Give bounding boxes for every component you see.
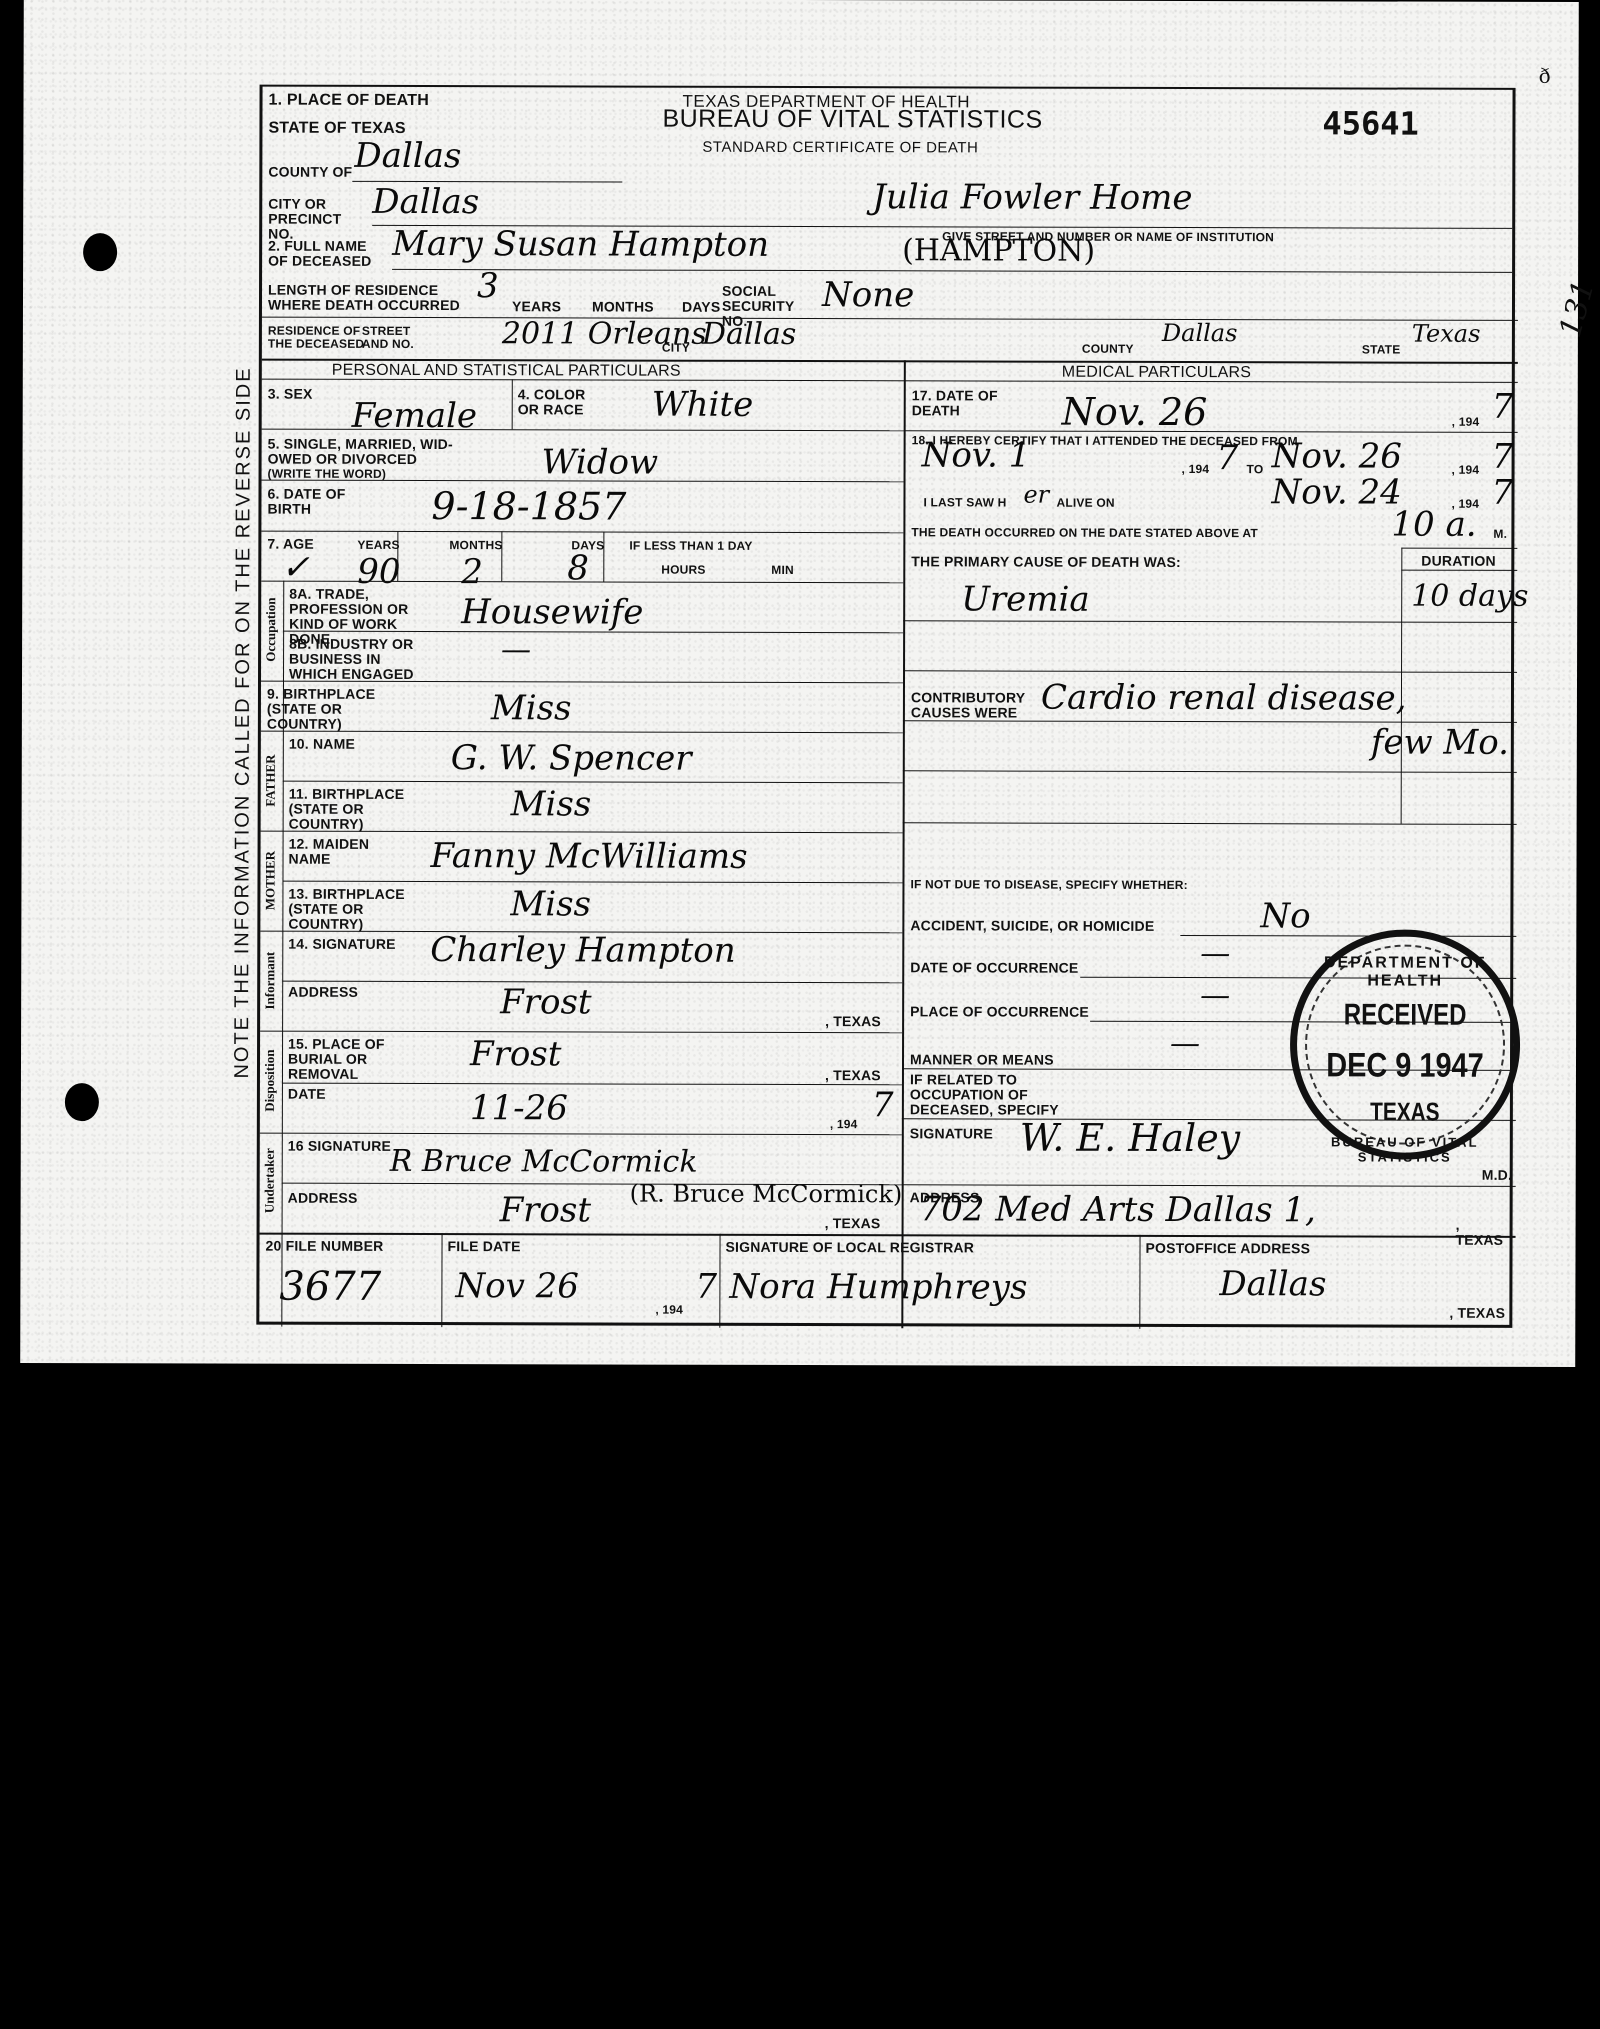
registrar-signature-value: Nora Humphreys <box>729 1270 1027 1305</box>
stamp-bottom-arc: BUREAU OF VITAL STATISTICS <box>1297 1134 1513 1165</box>
contributory-duration-value: few Mo. <box>1371 725 1509 759</box>
dob-label: 6. DATE OF BIRTH <box>267 487 347 517</box>
county-label: COUNTY OF <box>268 165 352 180</box>
burial-year-digit: 7 <box>872 1088 894 1122</box>
age-years-label: YEARS <box>357 539 399 552</box>
informant-group-label: Informant <box>262 931 278 1031</box>
city-value: Dallas <box>372 185 479 219</box>
less-day-label: IF LESS THAN 1 DAY <box>629 540 752 553</box>
race-label: 4. COLOR OR RACE <box>518 387 588 417</box>
death-certificate-form: 1. PLACE OF DEATH STATE OF TEXAS TEXAS D… <box>256 85 1515 1328</box>
to-label: TO <box>1247 463 1264 476</box>
age-years-value: 90 <box>357 555 400 589</box>
header-form-title: STANDARD CERTIFICATE OF DEATH <box>702 140 978 156</box>
alive-on-label: ALIVE ON <box>1056 497 1114 510</box>
county-value: Dallas <box>354 139 461 173</box>
burial-texas-label: , TEXAS <box>825 1068 881 1083</box>
father-group-label: FATHER <box>263 731 279 831</box>
received-stamp: DEPARTMENT OF HEALTH RECEIVED DEC 9 1947… <box>1290 929 1521 1160</box>
reverse-side-note: NOTE THE INFORMATION CALLED FOR ON THE R… <box>231 319 256 1079</box>
residence-years-value: 3 <box>477 269 499 303</box>
name-clarification: (HAMPTON) <box>902 236 1095 267</box>
undertaker-address-label: ADDRESS <box>288 1191 358 1206</box>
age-days-value: 8 <box>567 551 589 585</box>
undertaker-address-value: Frost <box>500 1193 592 1227</box>
death-year-prefix: , 194 <box>1452 416 1480 429</box>
primary-duration-value: 10 days <box>1411 582 1528 612</box>
corner-mark: ð <box>1539 64 1551 88</box>
age-months-label: MONTHS <box>449 539 502 552</box>
stamp-date: DEC 9 1947 <box>1313 1046 1497 1085</box>
dob-value: 9-18-1857 <box>431 487 626 526</box>
last-saw-year: 7 <box>1491 476 1513 510</box>
industry-value: — <box>501 635 531 665</box>
informant-texas-label: , TEXAS <box>825 1014 881 1029</box>
industry-label: 8B. INDUSTRY OR BUSINESS IN WHICH ENGAGE… <box>289 637 429 682</box>
margin-note: 131 <box>1553 277 1600 341</box>
months-label: MONTHS <box>592 299 654 314</box>
burial-date-value: 11-26 <box>470 1091 568 1125</box>
father-name-label: 10. NAME <box>289 737 355 752</box>
occupation-group-label: Occupation <box>263 581 279 679</box>
certificate-number: 45641 <box>1322 104 1418 142</box>
contributory-cause-value: Cardio renal disease, <box>1041 681 1407 716</box>
undertaker-printed-name: (R. Bruce McCormick) <box>630 1182 903 1207</box>
residence-length-label: LENGTH OF RESIDENCE WHERE DEATH OCCURRED <box>268 283 468 314</box>
file-date-label: FILE DATE <box>448 1239 521 1254</box>
last-saw-date-value: Nov. 24 <box>1271 475 1401 509</box>
punch-hole <box>83 233 117 271</box>
attended-to-value: Nov. 26 <box>1272 439 1402 473</box>
race-value: White <box>652 388 754 422</box>
stamp-received: RECEIVED <box>1319 998 1492 1032</box>
occupation-related-label: IF RELATED TO OCCUPATION OF DECEASED, SP… <box>910 1072 1110 1118</box>
manner-value: — <box>1170 1029 1200 1059</box>
birthplace-value: Miss <box>491 691 572 725</box>
postoffice-label: POSTOFFICE ADDRESS <box>1146 1241 1311 1256</box>
burial-year-prefix: , 194 <box>830 1118 858 1131</box>
full-name-label: 2. FULL NAME OF DECEASED <box>268 239 388 269</box>
undertaker-group-label: Undertaker <box>262 1131 278 1231</box>
file-year-prefix: , 194 <box>655 1304 683 1317</box>
full-name-value: Mary Susan Hampton <box>392 227 769 262</box>
physician-address-value: 702 Med Arts Dallas 1, <box>920 1192 1316 1227</box>
birthplace-label: 9. BIRTHPLACE (STATE OR COUNTRY) <box>267 687 397 732</box>
father-name-value: G. W. Spencer <box>451 741 692 776</box>
hours-label: HOURS <box>661 564 705 577</box>
days-label: DAYS <box>682 300 720 315</box>
min-label: MIN <box>771 564 794 577</box>
not-disease-label: IF NOT DUE TO DISEASE, SPECIFY WHETHER: <box>910 878 1187 892</box>
death-date-label: 17. DATE OF DEATH <box>912 388 1012 418</box>
death-date-value: Nov. 26 <box>1062 393 1208 431</box>
burial-place-value: Frost <box>470 1037 562 1071</box>
accident-value: No <box>1260 899 1310 933</box>
res-state-label: STATE <box>1362 343 1401 356</box>
burial-date-label: DATE <box>288 1087 326 1102</box>
attended-from-value: Nov. 1 <box>922 438 1031 472</box>
contributory-label: CONTRIBUTORY CAUSES WERE <box>911 690 1031 720</box>
primary-cause-label: THE PRIMARY CAUSE OF DEATH WAS: <box>911 554 1181 570</box>
marital-value: Widow <box>542 445 659 479</box>
manner-label: MANNER OR MEANS <box>910 1052 1054 1067</box>
m-label: M. <box>1493 528 1507 541</box>
res-city-label: CITY <box>662 342 690 355</box>
duration-label: DURATION <box>1421 554 1495 569</box>
attended-to-year: 7 <box>1492 440 1514 474</box>
punch-hole <box>65 1083 99 1121</box>
res-county-value: Dallas <box>1162 321 1238 345</box>
occurred-at-label: THE DEATH OCCURRED ON THE DATE STATED AB… <box>911 526 1258 540</box>
age-months-value: 2 <box>461 555 483 589</box>
informant-address-label: ADDRESS <box>288 985 358 1000</box>
time-of-death-value: 10 a. <box>1391 508 1476 542</box>
physician-signature-label: SIGNATURE <box>910 1126 993 1141</box>
header-bureau: BUREAU OF VITAL STATISTICS <box>662 112 1042 128</box>
undertaker-signature-value: R Bruce McCormick <box>390 1147 698 1178</box>
mother-birthplace-value: Miss <box>510 887 591 921</box>
ssn-value: None <box>822 278 914 312</box>
attended-from-year: 7 <box>1217 441 1239 475</box>
res-county-label: COUNTY <box>1082 343 1134 356</box>
residence-label: RESIDENCE OF THE DECEASED <box>268 325 368 351</box>
undertaker-signature-label: 16 SIGNATURE <box>288 1139 391 1154</box>
burial-label: 15. PLACE OF BURIAL OR REMOVAL <box>288 1037 398 1082</box>
res-city-value: Dallas <box>702 320 797 350</box>
accident-label: ACCIDENT, SUICIDE, OR HOMICIDE <box>910 918 1154 934</box>
res-state-value: Texas <box>1412 322 1481 346</box>
attended-to-year-prefix: , 194 <box>1452 464 1480 477</box>
occurrence-place-label: PLACE OF OCCURRENCE <box>910 1004 1089 1019</box>
file-date-value: Nov 26 <box>455 1269 579 1303</box>
occurrence-place-value: — <box>1200 981 1230 1011</box>
years-label: YEARS <box>512 299 561 314</box>
md-label: M.D. <box>1482 1168 1512 1183</box>
institution-value: Julia Fowler Home <box>872 180 1192 215</box>
death-year-digit: 7 <box>1492 390 1514 424</box>
mother-group-label: MOTHER <box>262 831 278 931</box>
state-label: STATE OF TEXAS <box>268 121 405 136</box>
occurrence-date-label: DATE OF OCCURRENCE <box>910 960 1078 975</box>
attended-from-year-prefix: , 194 <box>1182 463 1210 476</box>
mother-maiden-label: 12. MAIDEN NAME <box>289 837 389 867</box>
age-check: ✓ <box>281 551 310 585</box>
mother-birthplace-label: 13. BIRTHPLACE (STATE OR COUNTRY) <box>288 887 418 932</box>
mother-maiden-value: Fanny McWilliams <box>430 839 747 874</box>
registrar-label: SIGNATURE OF LOCAL REGISTRAR <box>726 1240 975 1256</box>
city-label: CITY OR PRECINCT NO. <box>268 197 358 242</box>
postoffice-texas-label: , TEXAS <box>1449 1306 1505 1321</box>
file-year-digit: 7 <box>695 1270 717 1304</box>
primary-cause-value: Uremia <box>961 582 1090 616</box>
postoffice-value: Dallas <box>1219 1267 1326 1301</box>
informant-signature-label: 14. SIGNATURE <box>288 937 395 952</box>
physician-texas-label: , TEXAS <box>1456 1218 1510 1248</box>
disposition-group-label: Disposition <box>262 1031 278 1131</box>
personal-section-title: PERSONAL AND STATISTICAL PARTICULARS <box>332 363 681 379</box>
stamp-state: TEXAS <box>1318 1096 1491 1127</box>
certificate-page: ð 131 NOTE THE INFORMATION CALLED FOR ON… <box>20 0 1579 1367</box>
undertaker-texas-label: , TEXAS <box>825 1216 881 1231</box>
street-label: STREET AND NO. <box>362 325 432 351</box>
marital-label-2: OWED OR DIVORCED <box>268 452 417 467</box>
file-number-value: 3677 <box>279 1267 381 1307</box>
file-number-label: 20 FILE NUMBER <box>266 1239 384 1254</box>
trade-value: Housewife <box>461 595 643 629</box>
place-of-death-label: 1. PLACE OF DEATH <box>269 93 429 108</box>
last-saw-pronoun: er <box>1023 483 1049 507</box>
physician-signature-value: W. E. Haley <box>1020 1119 1240 1158</box>
last-saw-label: I LAST SAW H <box>923 496 1006 509</box>
informant-address-value: Frost <box>500 985 592 1019</box>
medical-section-title: MEDICAL PARTICULARS <box>1062 365 1251 380</box>
occurrence-date-value: — <box>1200 939 1230 969</box>
father-birthplace-value: Miss <box>511 787 592 821</box>
sex-label: 3. SEX <box>268 387 313 402</box>
stamp-top-arc: DEPARTMENT OF HEALTH <box>1297 954 1513 991</box>
informant-signature-value: Charley Hampton <box>430 933 735 968</box>
father-birthplace-label: 11. BIRTHPLACE (STATE OR COUNTRY) <box>289 787 419 832</box>
